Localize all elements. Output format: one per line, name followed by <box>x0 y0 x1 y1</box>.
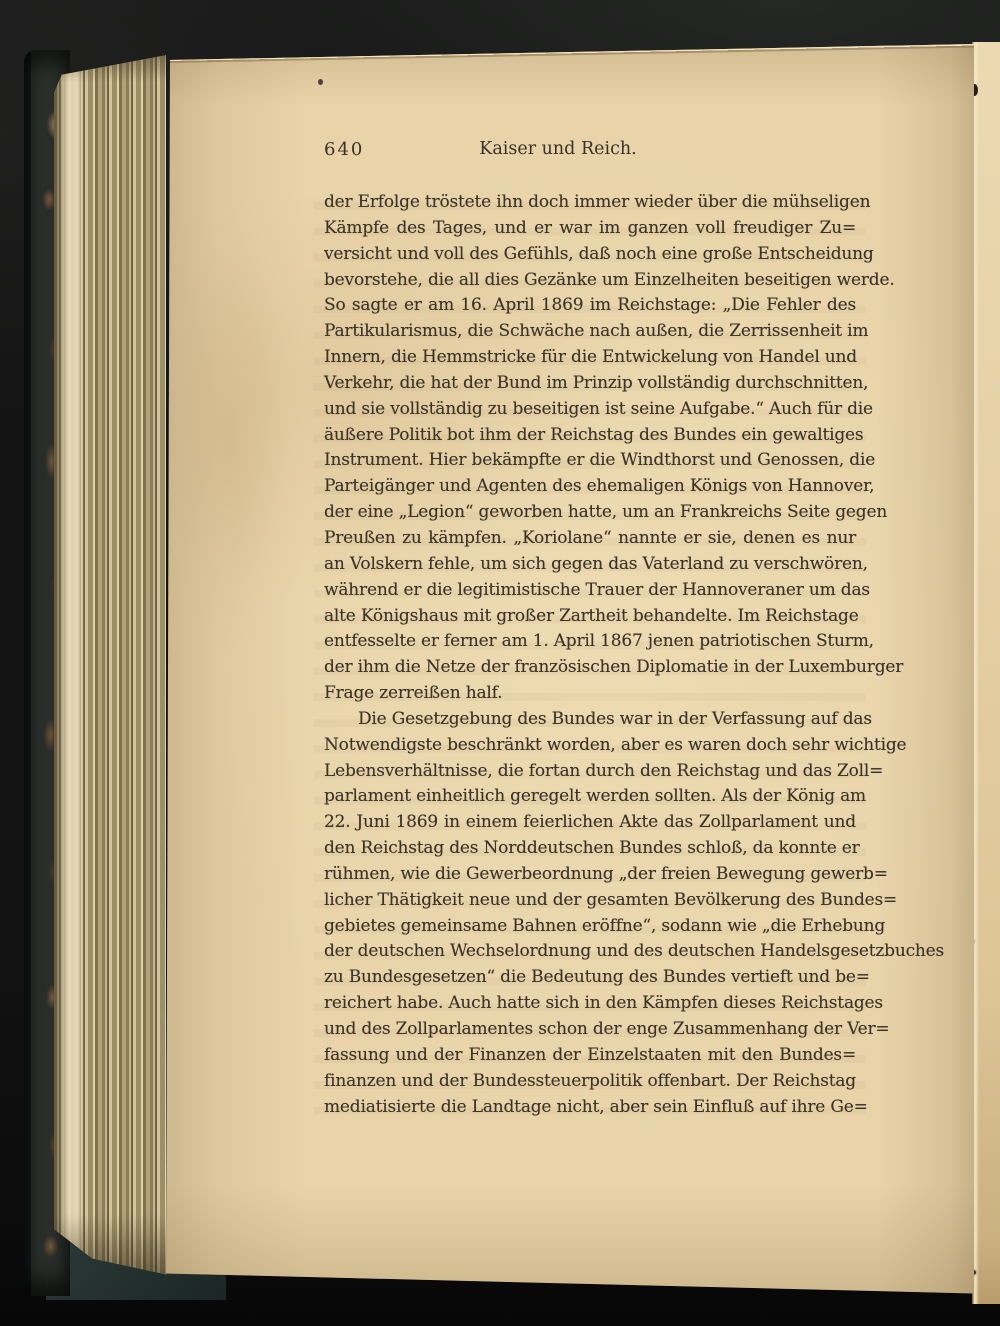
text-line: Partikularismus, die Schwäche nach außen… <box>324 319 856 345</box>
text-line: entfesselte er ferner am 1. April 1867 j… <box>324 629 856 655</box>
text-line: gebietes gemeinsame Bahnen eröffne“, sod… <box>324 914 856 940</box>
running-header: Kaiser und Reich. <box>292 139 824 159</box>
text-line: bevorstehe, die all dies Gezänke um Einz… <box>324 268 856 294</box>
text-line: der eine „Legion“ geworben hatte, um an … <box>324 500 856 526</box>
text-line: mediatisierte die Landtage nicht, aber s… <box>324 1095 856 1121</box>
age-stain <box>170 234 290 654</box>
text-line: den Reichstag des Norddeutschen Bundes s… <box>324 836 856 862</box>
text-line: Die Gesetzgebung des Bundes war in der V… <box>324 707 856 733</box>
text-line: und des Zollparlamentes schon der enge Z… <box>324 1017 856 1043</box>
ink-speck <box>318 79 323 85</box>
text-line: der ihm die Netze der französischen Dipl… <box>324 655 856 681</box>
text-line: fassung und der Finanzen der Einzelstaat… <box>324 1043 856 1069</box>
book-page: 640 Kaiser und Reich. der Erfolge tröste… <box>160 44 974 1296</box>
text-line: Frage zerreißen half. <box>324 681 856 707</box>
text-line: rühmen, wie die Gewerbeordnung „der frei… <box>324 862 856 888</box>
photo-background: 640 Kaiser und Reich. der Erfolge tröste… <box>0 0 1000 1326</box>
text-line: alte Königshaus mit großer Zartheit beha… <box>324 604 856 630</box>
book: 640 Kaiser und Reich. der Erfolge tröste… <box>0 0 1000 1326</box>
text-line: Verkehr, die hat der Bund im Prinzip vol… <box>324 371 856 397</box>
text-line: reichert habe. Auch hatte sich in den Kä… <box>324 991 856 1017</box>
text-line: Preußen zu kämpfen. „Koriolane“ nannte e… <box>324 526 856 552</box>
page-edges-stack <box>54 54 166 1278</box>
text-line: der Erfolge tröstete ihn doch immer wied… <box>324 190 856 216</box>
text-line: parlament einheitlich geregelt werden so… <box>324 784 856 810</box>
text-line: Lebensverhältnisse, die fortan durch den… <box>324 759 856 785</box>
page-top-edge <box>168 43 980 63</box>
text-line: licher Thätigkeit neue und der gesamten … <box>324 888 856 914</box>
text-line: zu Bundesgesetzen“ die Bedeutung des Bun… <box>324 965 856 991</box>
text-line: während er die legitimistische Trauer de… <box>324 578 856 604</box>
text-line: Kämpfe des Tages, und er war im ganzen v… <box>324 216 856 242</box>
page-body-text: der Erfolge tröstete ihn doch immer wied… <box>324 190 856 1120</box>
text-line: an Volskern fehle, um sich gegen das Vat… <box>324 552 856 578</box>
text-line: So sagte er am 16. April 1869 im Reichst… <box>324 293 856 319</box>
text-line: Innern, die Hemmstricke für die Entwicke… <box>324 345 856 371</box>
text-line: versicht und voll des Gefühls, daß noch … <box>324 242 856 268</box>
text-line: der deutschen Wechselordnung und des deu… <box>324 939 856 965</box>
text-line: Notwendigste beschränkt worden, aber es … <box>324 733 856 759</box>
text-line: Instrument. Hier bekämpfte er die Windth… <box>324 448 856 474</box>
text-line: 22. Juni 1869 in einem feierlichen Akte … <box>324 810 856 836</box>
text-line: und sie vollständig zu beseitigen ist se… <box>324 397 856 423</box>
adjacent-page-edge <box>972 42 1000 1304</box>
text-line: äußere Politik bot ihm der Reichstag des… <box>324 423 856 449</box>
text-line: finanzen und der Bundessteuerpolitik off… <box>324 1069 856 1095</box>
text-line: Parteigänger und Agenten des ehemaligen … <box>324 474 856 500</box>
